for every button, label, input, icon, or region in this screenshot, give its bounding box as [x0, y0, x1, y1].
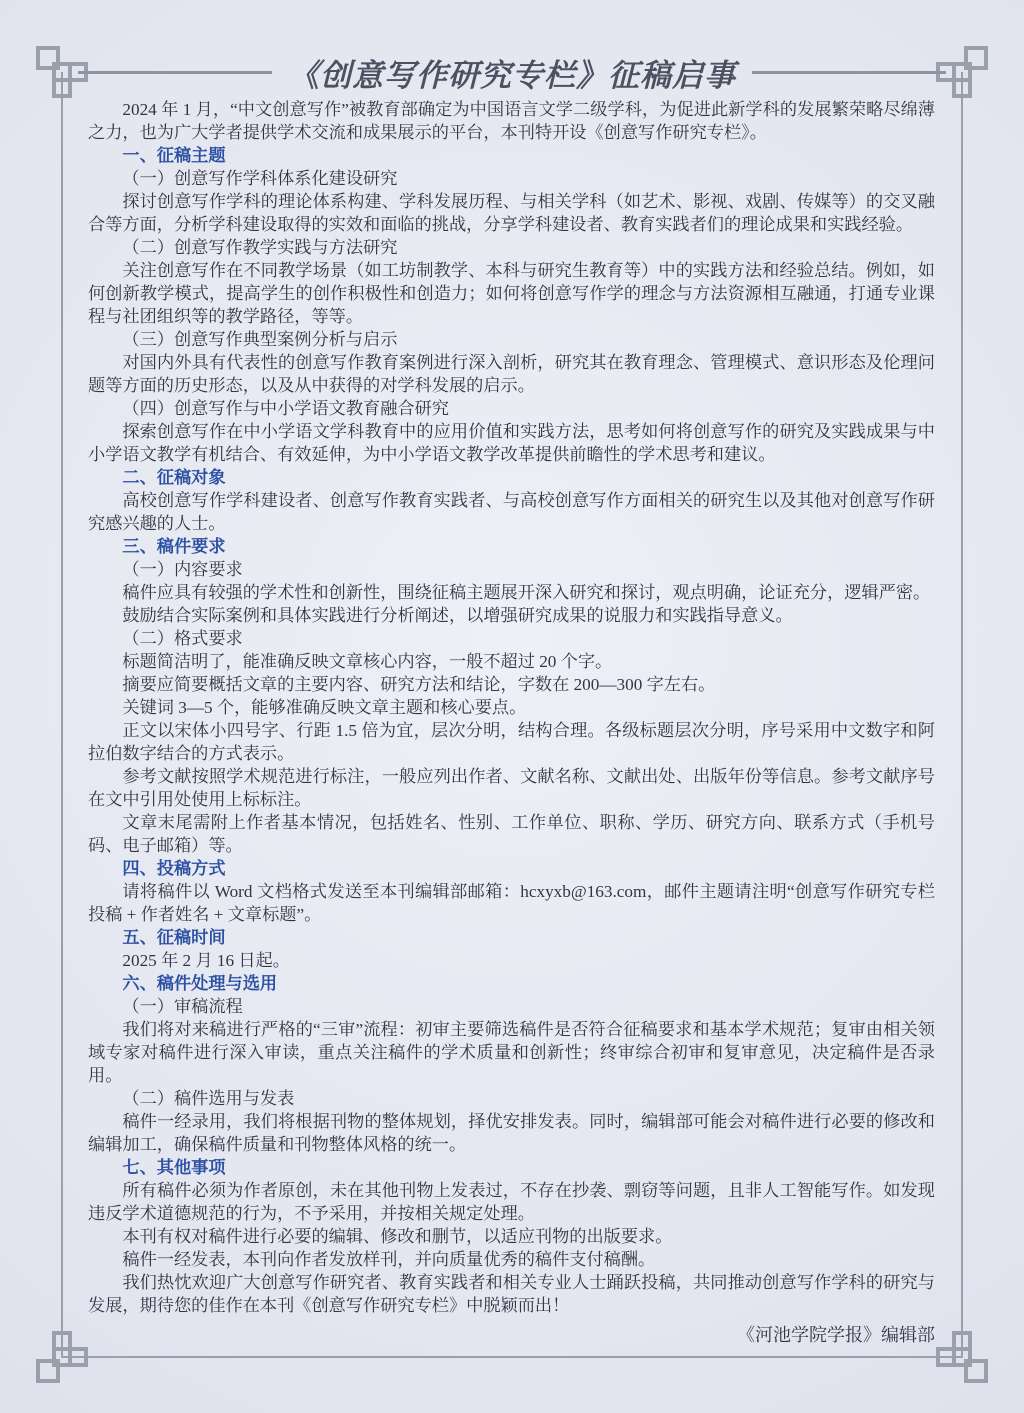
paragraph: 2024 年 1 月，“中文创意写作”被教育部确定为中国语言文学二级学科，为促进…: [88, 98, 935, 144]
content-area: 2024 年 1 月，“中文创意写作”被教育部确定为中国语言文学二级学科，为促进…: [88, 98, 935, 1317]
paragraph: 关键词 3—5 个，能够准确反映文章主题和核心要点。: [88, 696, 935, 719]
title-rule-left: [78, 71, 272, 74]
paragraph: 请将稿件以 Word 文档格式发送至本刊编辑部邮箱：hcxyxb@163.com…: [88, 880, 935, 926]
paragraph: （二）格式要求: [88, 627, 935, 650]
paragraph: 稿件应具有较强的学术性和创新性，围绕征稿主题展开深入研究和探讨，观点明确，论证充…: [88, 581, 935, 604]
paragraph: 摘要应简要概括文章的主要内容、研究方法和结论，字数在 200—300 字左右。: [88, 673, 935, 696]
paragraph: 2025 年 2 月 16 日起。: [88, 949, 935, 972]
paragraph: （三）创意写作典型案例分析与启示: [88, 328, 935, 351]
paragraph: 正文以宋体小四号字、行距 1.5 倍为宜，层次分明，结构合理。各级标题层次分明，…: [88, 719, 935, 765]
document-page: 《创意写作研究专栏》征稿启事 2024 年 1 月，“中文创意写作”被教育部确定…: [0, 0, 1024, 1413]
paragraph: （一）创意写作学科体系化建设研究: [88, 167, 935, 190]
section-heading: 六、稿件处理与选用: [88, 972, 935, 995]
paragraph: 我们将对来稿进行严格的“三审”流程：初审主要筛选稿件是否符合征稿要求和基本学术规…: [88, 1018, 935, 1087]
paragraph: 探讨创意写作学科的理论体系构建、学科发展历程、与相关学科（如艺术、影视、戏剧、传…: [88, 190, 935, 236]
paragraph: （二）稿件选用与发表: [88, 1087, 935, 1110]
title-row: 《创意写作研究专栏》征稿启事: [78, 54, 946, 90]
title-rule-right: [752, 71, 946, 74]
paragraph: （四）创意写作与中小学语文教育融合研究: [88, 397, 935, 420]
corner-ornament-icon: [33, 1328, 91, 1386]
section-heading: 三、稿件要求: [88, 535, 935, 558]
paragraph: 高校创意写作学科建设者、创意写作教育实践者、与高校创意写作方面相关的研究生以及其…: [88, 489, 935, 535]
corner-ornament-icon: [933, 1328, 991, 1386]
section-heading: 二、征稿对象: [88, 466, 935, 489]
page-title: 《创意写作研究专栏》征稿启事: [288, 50, 736, 95]
section-heading: 七、其他事项: [88, 1156, 935, 1179]
footer-signature: 《河池学院学报》编辑部: [737, 1321, 935, 1347]
paragraph: 标题简洁明了，能准确反映文章核心内容，一般不超过 20 个字。: [88, 650, 935, 673]
paragraph: 参考文献按照学术规范进行标注，一般应列出作者、文献名称、文献出处、出版年份等信息…: [88, 765, 935, 811]
section-heading: 一、征稿主题: [88, 144, 935, 167]
paragraph: 所有稿件必须为作者原创，未在其他刊物上发表过，不存在抄袭、剽窃等问题，且非人工智…: [88, 1179, 935, 1225]
paragraph: （一）审稿流程: [88, 995, 935, 1018]
paragraph: 关注创意写作在不同教学场景（如工坊制教学、本科与研究生教育等）中的实践方法和经验…: [88, 259, 935, 328]
paragraph: 本刊有权对稿件进行必要的编辑、修改和删节，以适应刊物的出版要求。: [88, 1225, 935, 1248]
paragraph: 对国内外具有代表性的创意写作教育案例进行深入剖析，研究其在教育理念、管理模式、意…: [88, 351, 935, 397]
paragraph: 我们热忱欢迎广大创意写作研究者、教育实践者和相关专业人士踊跃投稿，共同推动创意写…: [88, 1271, 935, 1317]
paragraph: 鼓励结合实际案例和具体实践进行分析阐述，以增强研究成果的说服力和实践指导意义。: [88, 604, 935, 627]
section-heading: 四、投稿方式: [88, 857, 935, 880]
paragraph: 文章末尾需附上作者基本情况，包括姓名、性别、工作单位、职称、学历、研究方向、联系…: [88, 811, 935, 857]
paragraph: 稿件一经录用，我们将根据刊物的整体规划，择优安排发表。同时，编辑部可能会对稿件进…: [88, 1110, 935, 1156]
paragraph: （一）内容要求: [88, 558, 935, 581]
paragraph: 稿件一经发表，本刊向作者发放样刊，并向质量优秀的稿件支付稿酬。: [88, 1248, 935, 1271]
paragraph: （二）创意写作教学实践与方法研究: [88, 236, 935, 259]
paragraph: 探索创意写作在中小学语文学科教育中的应用价值和实践方法，思考如何将创意写作的研究…: [88, 420, 935, 466]
section-heading: 五、征稿时间: [88, 926, 935, 949]
